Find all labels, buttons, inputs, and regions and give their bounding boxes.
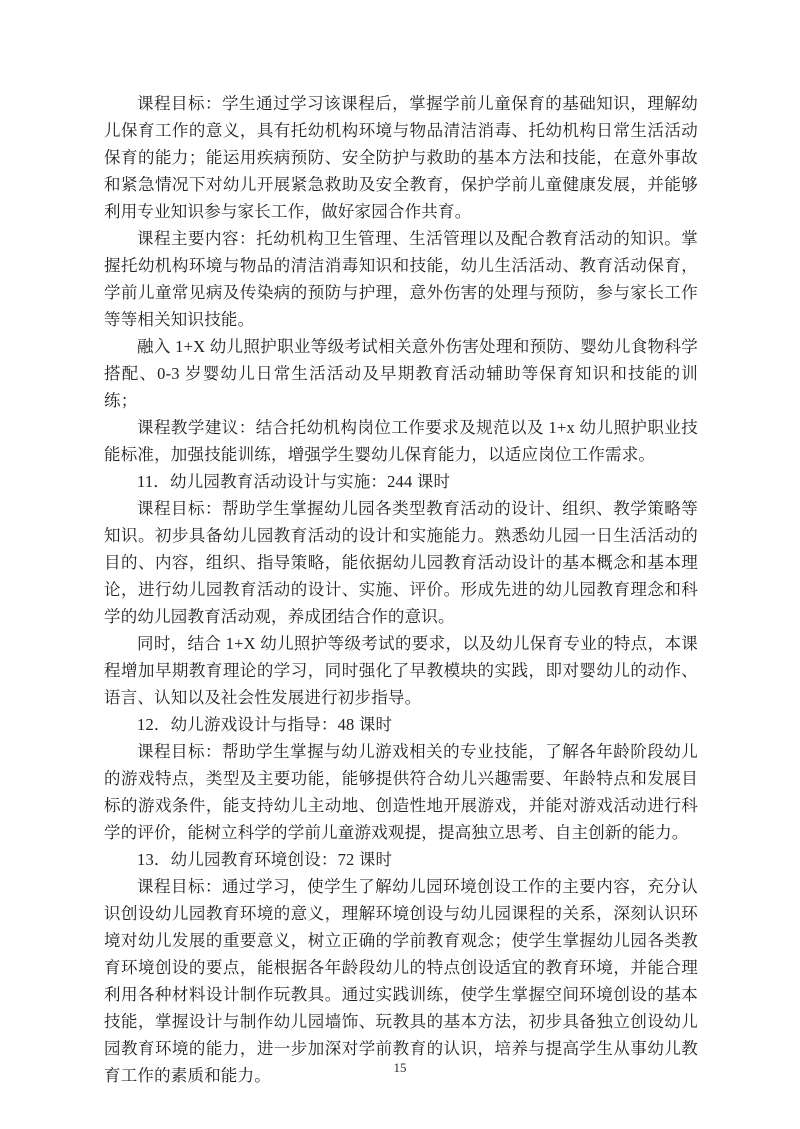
paragraph-course-main-content: 课程主要内容：托幼机构卫生管理、生活管理以及配合教育活动的知识。掌握托幼机构环境… xyxy=(104,225,698,333)
paragraph-course-11-extra: 同时，结合 1+X 幼儿照护等级考试的要求，以及幼儿保育专业的特点，本课程增加早… xyxy=(104,630,698,711)
paragraph-course-13-goal: 课程目标：通过学习，使学生了解幼儿园环境创设工作的主要内容，充分认识创设幼儿园教… xyxy=(104,873,698,1089)
course-heading-12: 12．幼儿游戏设计与指导：48 课时 xyxy=(104,711,698,738)
course-heading-11: 11．幼儿园教育活动设计与实施：244 课时 xyxy=(104,468,698,495)
course-heading-13: 13．幼儿园教育环境创设：72 课时 xyxy=(104,846,698,873)
paragraph-teaching-suggestion: 课程教学建议：结合托幼机构岗位工作要求及规范以及 1+x 幼儿照护职业技能标准，… xyxy=(104,414,698,468)
paragraph-course-goal-childcare: 课程目标：学生通过学习该课程后，掌握学前儿童保育的基础知识，理解幼儿保育工作的意… xyxy=(104,90,698,225)
page-number: 15 xyxy=(0,1060,800,1076)
paragraph-course-11-goal: 课程目标：帮助学生掌握幼儿园各类型教育活动的设计、组织、教学策略等知识。初步具备… xyxy=(104,495,698,630)
paragraph-course-12-goal: 课程目标：帮助学生掌握与幼儿游戏相关的专业技能，了解各年龄阶段幼儿的游戏特点，类… xyxy=(104,738,698,846)
document-page: 课程目标：学生通过学习该课程后，掌握学前儿童保育的基础知识，理解幼儿保育工作的意… xyxy=(0,0,800,1129)
document-body: 课程目标：学生通过学习该课程后，掌握学前儿童保育的基础知识，理解幼儿保育工作的意… xyxy=(104,90,698,1089)
paragraph-1x-certificate-integration: 融入 1+X 幼儿照护职业等级考试相关意外伤害处理和预防、婴幼儿食物科学搭配、0… xyxy=(104,333,698,414)
